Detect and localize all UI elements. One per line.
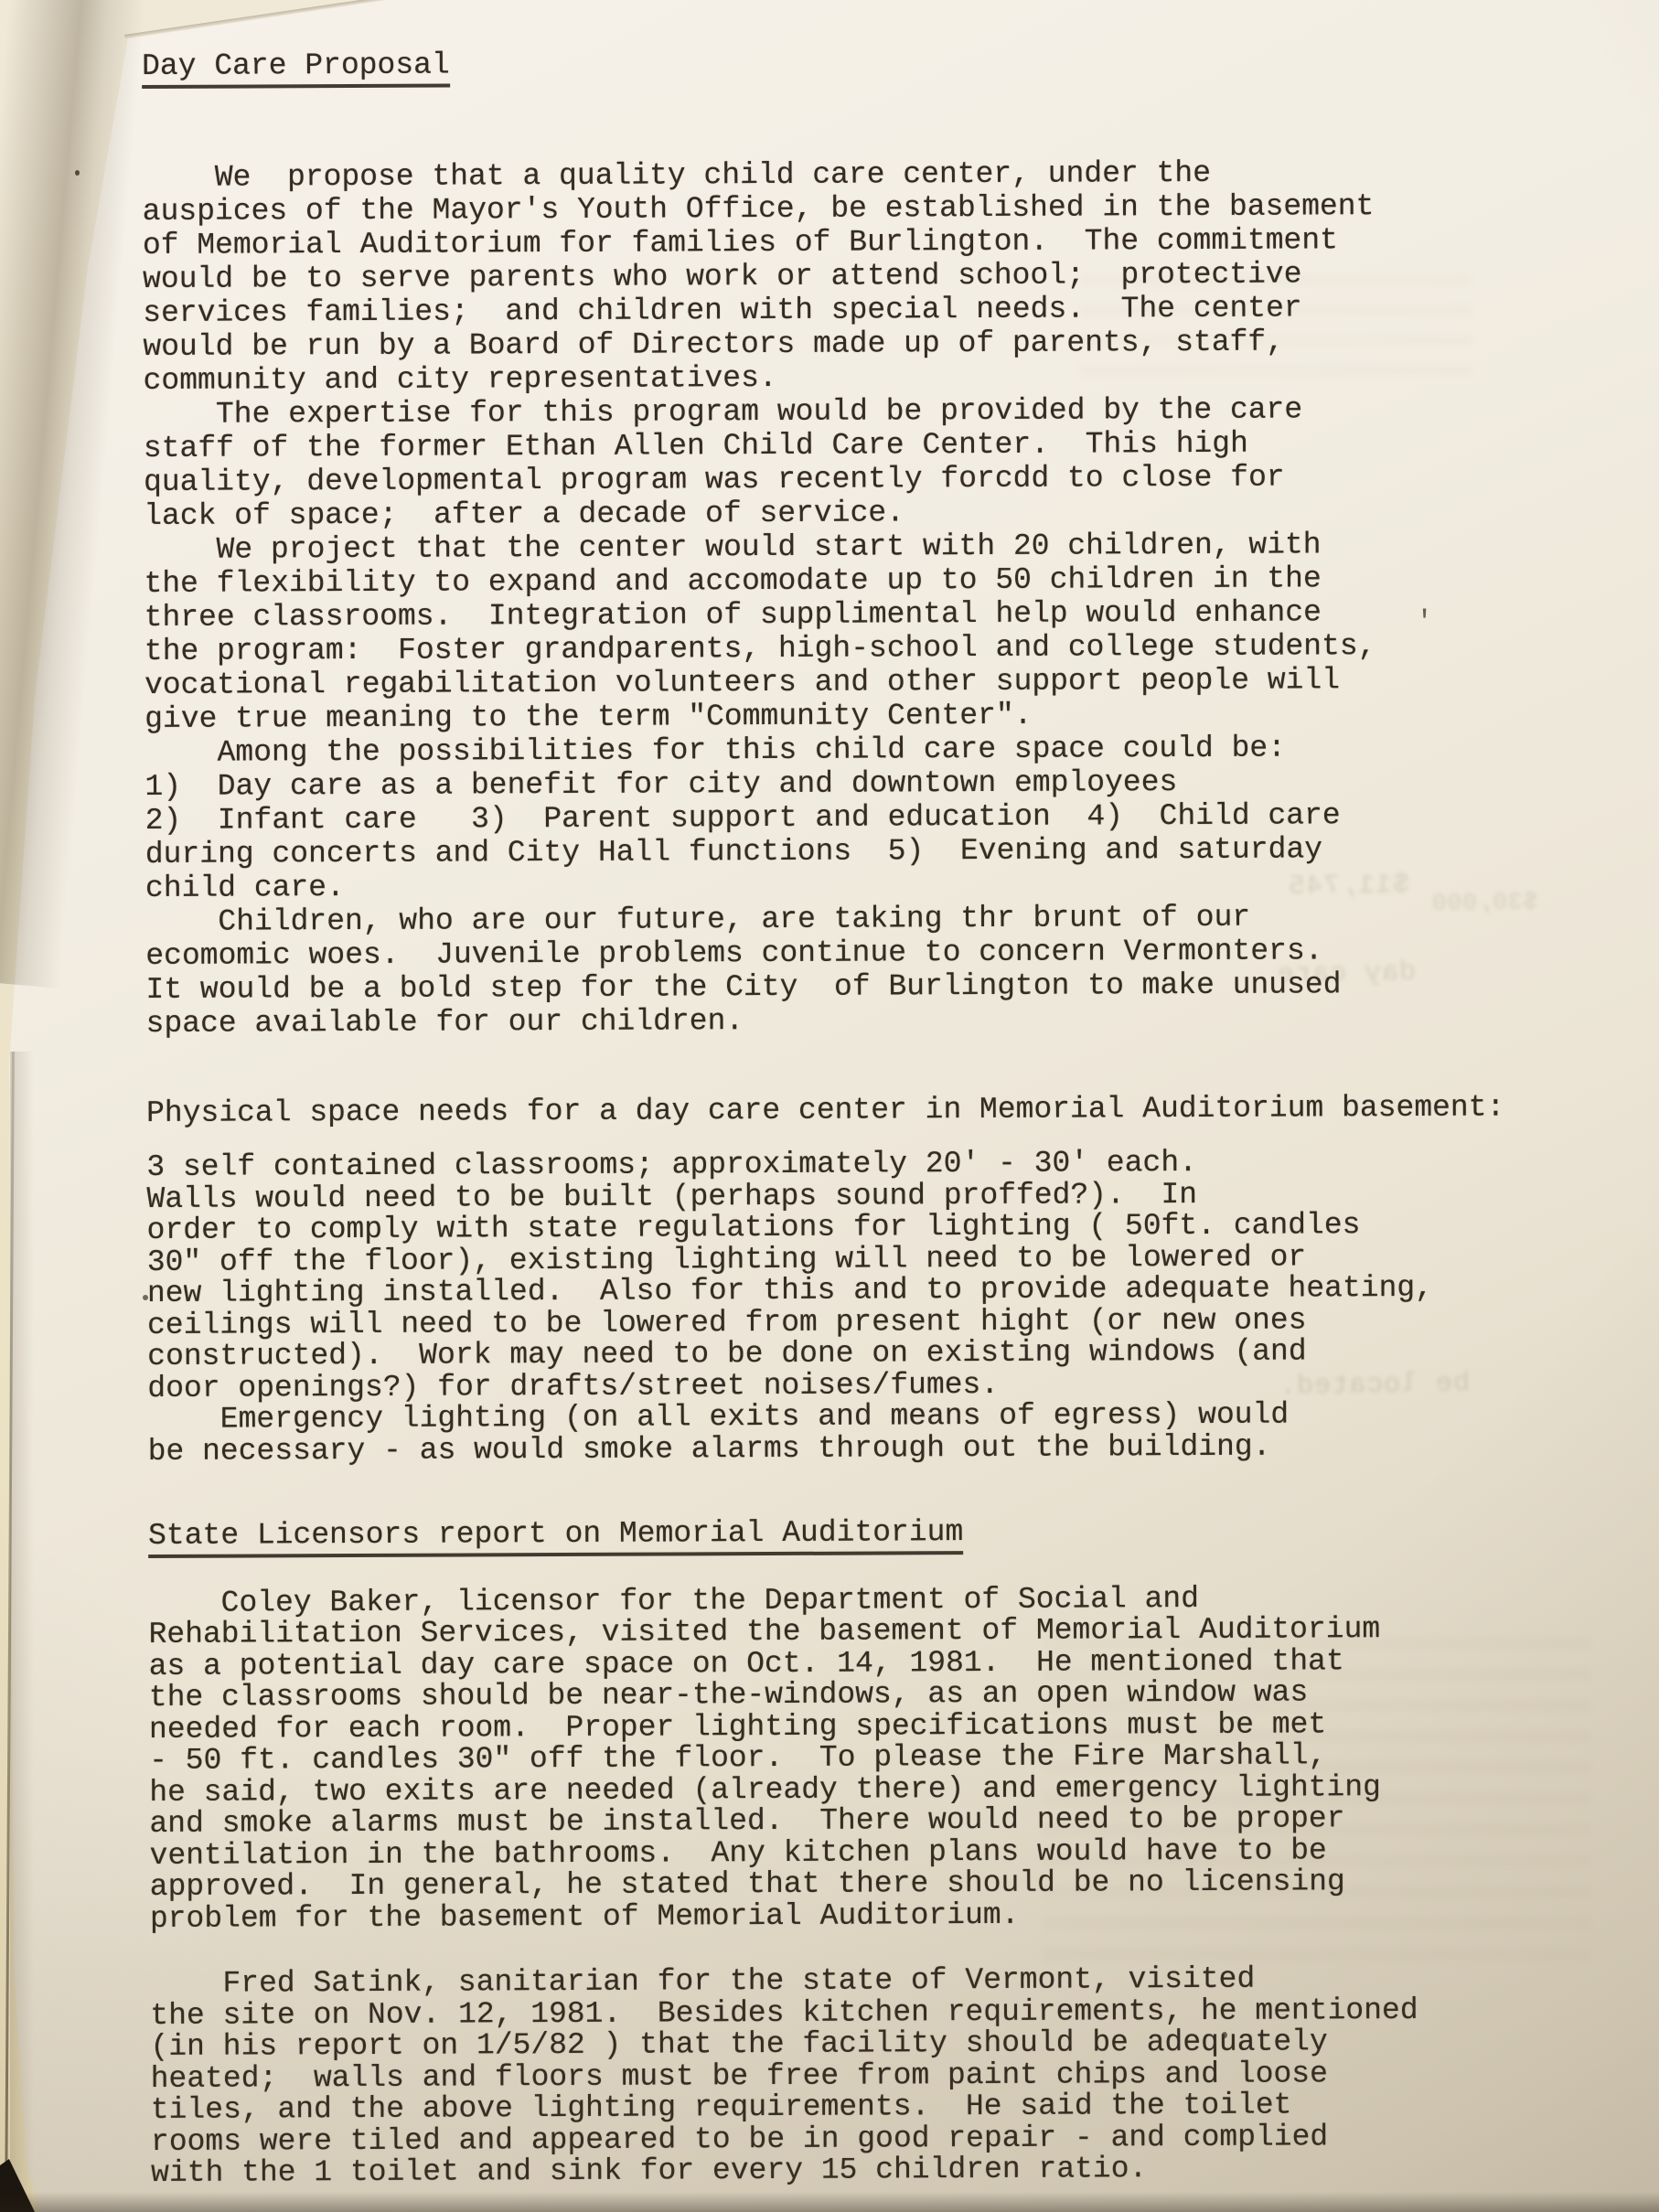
paragraph-projection: We project that the center would start w…: [144, 527, 1516, 736]
text-line: vocational regabilitation volunteers and…: [144, 662, 1516, 702]
text-line: approved. In general, he stated that the…: [150, 1865, 1522, 1903]
text-line: ecomomic woes. Juvenile problems continu…: [145, 933, 1517, 973]
paragraph-proposal: We propose that a quality child care cen…: [143, 155, 1515, 398]
text-line: order to comply with state regulations f…: [147, 1209, 1519, 1246]
text-line: 2) Infant care 3) Parent support and edu…: [145, 797, 1517, 838]
stray-ink-mark: ': [1416, 605, 1433, 639]
physical-space-heading-text: Physical space needs for a day care cent…: [146, 1090, 1504, 1129]
paragraph-emergency: Emergency lighting (on all exits and mea…: [147, 1398, 1519, 1468]
licensors-heading: State Licensors report on Memorial Audit…: [148, 1514, 1520, 1557]
text-line: the flexibility to expand and accomodate…: [144, 561, 1515, 601]
title: Day Care Proposal: [142, 45, 1514, 88]
text-line: auspices of the Mayor's Youth Office, be…: [143, 188, 1515, 229]
paragraph-possibilities: Among the possibilities for this child c…: [144, 730, 1517, 905]
paragraph-expertise: The expertise for this program would be …: [144, 391, 1516, 533]
text-line: be necessary - as would smoke alarms thr…: [148, 1430, 1520, 1468]
paragraph-coley-baker: Coley Baker, licensor for the Department…: [148, 1582, 1522, 1935]
text-line: new lighting installed. Also for this an…: [147, 1272, 1519, 1309]
document-page: Day Care Proposal We propose that a qual…: [142, 45, 1523, 2189]
text-line: It would be a bold step for the City of …: [145, 967, 1517, 1007]
text-line: with the 1 toilet and sink for every 15 …: [151, 2152, 1523, 2189]
paragraph-children-future: Children, who are our future, are taking…: [145, 899, 1518, 1041]
text-line: the program: Foster grandparents, high-s…: [144, 628, 1516, 668]
paragraph-fred-satink: Fred Satink, sanitarian for the state of…: [150, 1962, 1523, 2189]
title-text: Day Care Proposal: [142, 50, 450, 89]
text-line: during concerts and City Hall functions …: [145, 831, 1517, 871]
text-line: problem for the basement of Memorial Aud…: [150, 1897, 1522, 1935]
paragraph-space-needs: 3 self contained classrooms; approximate…: [146, 1146, 1519, 1405]
text-line: three classrooms. Integration of supplim…: [144, 594, 1516, 635]
physical-space-heading: Physical space needs for a day care cent…: [146, 1092, 1518, 1129]
text-line: of Memorial Auditorium for families of B…: [143, 222, 1515, 262]
stray-ink-mark: [1222, 2032, 1227, 2038]
text-line: We project that the center would start w…: [144, 527, 1515, 567]
ink-speck: [75, 170, 80, 176]
text-line: space available for our children.: [146, 1000, 1518, 1041]
licensors-heading-text: State Licensors report on Memorial Audit…: [148, 1517, 963, 1557]
